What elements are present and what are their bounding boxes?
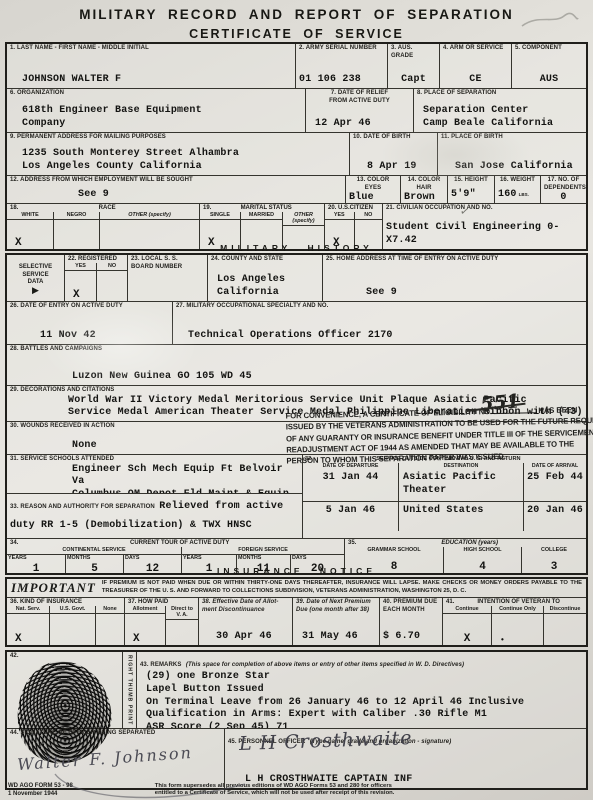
direct-va-mark [166,620,198,645]
continental-service-label: CONTINENTAL SERVICE [7,547,181,555]
row-signatures: 44. SIGNATURE OF OFFICER BEING SEPARATED… [7,728,586,788]
field-5-component: 5. COMPONENT AUS [511,44,586,88]
field-40-premium-due: 40. PREMIUM DUE EACH MONTH $ 6.70 [379,598,442,645]
row-thumbprint-remarks: 42. RIGHT THUMB PRINT 43. REMARKS (This … [7,652,586,728]
field-7-value: 12 Apr 46 [315,118,410,131]
field-3-value: Capt [391,74,436,87]
field-19-number: 19. [203,205,211,211]
field-6-organization: 6. ORGANIZATION 618th Engineer Base Equi… [7,89,305,132]
thumb-label-strip: RIGHT THUMB PRINT [122,652,136,728]
field-5-label: 5. COMPONENT [515,45,583,53]
overseas-1-arrival: 25 Feb 44 [523,469,586,501]
field-16-weight: 16. WEIGHT 160 LBS. [494,176,540,203]
intention-continue: Continue X [443,606,491,645]
important-notice-row: IMPORTANT IF PREMIUM IS NOT PAID WHEN DU… [7,579,586,598]
field-33-separation-reason: 33. REASON AND AUTHORITY FOR SEPARATION … [7,493,302,538]
field-28-label: 28. BATTLES AND CAMPAIGNS [10,346,583,354]
field-19-header: 19. MARITAL STATUS [200,204,324,212]
field-38-allotment-date: 38. Effective Date of Allot- ment Discon… [198,598,292,645]
intention-continue-only: Continue Only • [491,606,543,645]
handwritten-certificate-number: 551 [480,396,520,411]
field-13-label: 13. COLOR EYES [349,177,397,192]
insurance-table: IMPORTANT IF PREMIUM IS NOT PAID WHEN DU… [5,577,588,647]
field-37-columns: Allotment X Direct to V. A. [125,606,198,645]
continental-months-label: MONTHS [66,555,123,562]
field-43-label: 43. REMARKS [140,662,181,668]
field-45-personnel-officer: 45. PERSONNEL OFFICER (Type name, grade … [224,729,586,788]
row-entry-specialty: 26. DATE OF ENTRY ON ACTIVE DUTY 11 Nov … [7,301,586,344]
field-5-value: AUS [515,74,583,87]
important-label: IMPORTANT [11,580,96,596]
field-43-header: 43. REMARKS (This space for completion o… [140,653,583,671]
field-20-label: 20. U.S.CITIZEN [328,205,373,211]
overseas-row-2: 5 Jan 46 United States 20 Jan 46 [303,501,586,531]
registered-no-label: NO [97,263,127,271]
citizen-yes-label: YES [325,212,354,220]
field-28-value: Luzon New Guinea GO 105 WD 45 [72,371,583,384]
registered-yes-label: YES [65,263,96,271]
field-11-place-of-birth: 11. PLACE OF BIRTH San Jose California [437,133,586,175]
field-40-label: 40. PREMIUM DUE EACH MONTH [383,599,439,614]
row-address-birth: 9. PERMANENT ADDRESS FOR MAILING PURPOSE… [7,132,586,175]
field-23-label: 23. LOCAL S. S. BOARD NUMBER [131,256,204,271]
foreign-months-label: MONTHS [237,555,290,562]
left-stack: 31. SERVICE SCHOOLS ATTENDED Engineer Sc… [7,455,302,538]
field-10-value: 8 Apr 19 [367,161,434,174]
field-11-value: San Jose California [455,161,583,174]
field-41-veteran-intention: 41. INTENTION OF VETERAN TO Continue X C… [442,598,586,645]
field-32-overseas-service: 32. SERVICE OUTSIDE CONTINENTAL U. S. AN… [302,455,586,538]
none-mark [96,614,124,645]
continue-mark: X [443,614,491,645]
form-footer: WD AGO FORM 53 - 98 1 November 1944 This… [8,783,585,799]
marital-single-label: SINGLE [200,212,240,220]
discontinue-mark [544,614,586,645]
document-subtitle: CERTIFICATE OF SERVICE [0,27,593,41]
field-35-number: 35. [348,540,356,546]
field-27-label: 27. MILITARY OCCUPATIONAL SPECIALTY AND … [176,303,583,311]
nat-serv-label: Nat. Serv. [7,606,49,614]
field-39-next-premium: 39. Date of Next Premium Due (one month … [292,598,379,645]
field-8-label: 8. PLACE OF SEPARATION [417,90,583,98]
registered-option-no: NO [96,263,127,301]
arrow-right-icon: ▶ [32,288,39,292]
discontinue-label: Discontinue [544,606,586,614]
direct-va-label: Direct to V. A. [166,606,198,620]
continue-only-mark: • [492,614,543,645]
field-2-value: 01 106 238 [299,74,384,87]
field-9-mailing-address: 9. PERMANENT ADDRESS FOR MAILING PURPOSE… [7,133,349,175]
field-42-thumbprint-box: 42. [7,652,122,728]
field-20-header: 20. U.S.CITIZEN [325,204,382,212]
eligibility-certificate-stamp: FOR CONVENIENCE, A CERTIFICATE OF ELIGIB… [285,404,593,467]
field-27-value: Technical Operations Officer 2170 [188,330,583,343]
high-school-label: HIGH SCHOOL [444,547,521,554]
allotment-mark: X [125,614,165,645]
field-22-label: 22. REGISTERED [68,256,117,262]
row-name-serial: 1. LAST NAME - FIRST NAME - MIDDLE INITI… [7,44,586,88]
field-18-title: RACE [18,205,196,211]
field-4-label: 4. ARM OR SERVICE [443,45,508,53]
continental-years-label: YEARS [7,555,65,562]
marital-married-label: MARRIED [241,212,282,220]
field-24-value: Los Angeles California [217,274,319,300]
nat-serv-mark: X [7,614,49,645]
insurance-nat-serv: Nat. Serv. X [7,606,49,645]
insurance-notice-banner: INSURANCE NOTICE [0,566,593,576]
row-physical: 12. ADDRESS FROM WHICH EMPLOYMENT WILL B… [7,175,586,203]
field-22-registered: 22. REGISTERED YES X NO [64,255,127,301]
field-43-remarks: 43. REMARKS (This space for completion o… [136,652,586,728]
overseas-row-1: 31 Jan 44 Asiatic Pacific Theater 25 Feb… [303,469,586,501]
field-43-value: (29) one Bronze Star Lapel Button Issued… [146,671,583,728]
field-35-title: EDUCATION (years) [356,540,583,546]
grammar-school-label: GRAMMAR SCHOOL [345,547,443,554]
field-6-value: 618th Engineer Base Equipment Company [22,105,302,131]
field-7-relief-date: 7. DATE OF RELIEF FROM ACTIVE DUTY 12 Ap… [305,89,413,132]
row-selective-service: SELECTIVE SERVICE DATA ▶ 22. REGISTERED … [7,255,586,301]
field-15-value: 5'9" [451,189,491,202]
field-4-arm-service: 4. ARM OR SERVICE CE [439,44,511,88]
field-41-columns: Continue X Continue Only • Discontinue [443,606,586,645]
overseas-2-destination: United States [398,502,523,531]
field-17-value: 0 [544,192,583,203]
field-14-label: 14. COLOR HAIR [404,177,444,192]
marital-other-label: OTHER (specify) [283,212,324,226]
field-25-value: See 9 [366,287,583,300]
field-4-value: CE [443,74,508,87]
field-15-label: 15. HEIGHT [451,177,491,185]
row-battles: 28. BATTLES AND CAMPAIGNS Luzon New Guin… [7,344,586,385]
field-16-value-row: 160 LBS. [498,189,537,202]
form-footnote: This form supersedes all previous editio… [155,783,407,799]
foreign-days-label: DAYS [291,555,344,562]
overseas-1-departure: 31 Jan 44 [303,469,398,501]
field-1-value: JOHNSON WALTER F [22,74,292,87]
field-34-number: 34. [10,540,18,546]
field-44-label: 44. SIGNATURE OF OFFICER BEING SEPARATED [10,730,221,738]
field-26-value: 11 Nov 42 [40,330,169,343]
field-24-county-state: 24. COUNTY AND STATE Los Angeles Califor… [207,255,322,301]
foreign-service-label: FOREIGN SERVICE [182,547,344,555]
field-39-label: 39. Date of Next Premium Due (one month … [296,599,376,614]
foreign-years-label: YEARS [182,555,236,562]
field-35-header: 35. EDUCATION (years) [345,539,586,547]
overseas-2-departure: 5 Jan 46 [303,502,398,531]
field-27-specialty: 27. MILITARY OCCUPATIONAL SPECIALTY AND … [172,302,586,344]
field-26-entry-date: 26. DATE OF ENTRY ON ACTIVE DUTY 11 Nov … [7,302,172,344]
stamp-line1-end: HAS BEEN [538,405,577,415]
paid-allotment: Allotment X [125,606,165,645]
field-1-name: 1. LAST NAME - FIRST NAME - MIDDLE INITI… [7,44,295,88]
field-39-value: 31 May 46 [302,631,376,644]
field-40-value: $ 6.70 [383,631,439,644]
field-3-label: 3. AUS. GRADE [391,45,436,60]
overseas-1-destination: Asiatic Pacific Theater [398,469,523,501]
field-44-officer-signature: 44. SIGNATURE OF OFFICER BEING SEPARATED… [7,729,224,788]
field-2-label: 2. ARMY SERIAL NUMBER [299,45,384,53]
field-41-header: 41. INTENTION OF VETERAN TO [443,598,586,606]
field-23-local-board: 23. LOCAL S. S. BOARD NUMBER [127,255,207,301]
right-thumb-print-label: RIGHT THUMB PRINT [127,655,133,725]
field-36-kind-of-insurance: 36. KIND OF INSURANCE Nat. Serv. X U.S. … [7,598,124,645]
field-8-value: Separation Center Camp Beale California [423,105,583,131]
field-13-eye-color: 13. COLOR EYES Blue [345,176,400,203]
field-43-label-note: (This space for completion of above item… [186,662,464,668]
field-17-label: 17. NO. OF DEPENDENTS [544,177,583,192]
field-31-service-schools: 31. SERVICE SCHOOLS ATTENDED Engineer Sc… [7,455,302,493]
field-3-grade: 3. AUS. GRADE Capt [387,44,439,88]
field-37-label: 37. HOW PAID [128,599,168,605]
row-insurance-fields: 36. KIND OF INSURANCE Nat. Serv. X U.S. … [7,598,586,645]
field-9-value: 1235 South Monterey Street Alhambra Los … [22,148,346,174]
continue-label: Continue [443,606,491,614]
field-41-title: INTENTION OF VETERAN TO [454,599,583,605]
field-8-place-separation: 8. PLACE OF SEPARATION Separation Center… [413,89,586,132]
field-24-label: 24. COUNTY AND STATE [211,256,319,264]
allotment-label: Allotment [125,606,165,614]
citizen-no-label: NO [355,212,383,220]
field-36-header: 36. KIND OF INSURANCE [7,598,124,606]
field-14-hair-color: 14. COLOR HAIR Brown [400,176,447,203]
race-other-label: OTHER (specify) [100,212,199,220]
identification-table: 1. LAST NAME - FIRST NAME - MIDDLE INITI… [5,42,588,251]
field-16-label: 16. WEIGHT [498,177,537,185]
field-17-dependents: 17. NO. OF DEPENDENTS 0 [540,176,586,203]
field-12-employment-address: 12. ADDRESS FROM WHICH EMPLOYMENT WILL B… [7,176,345,203]
intention-discontinue: Discontinue [543,606,586,645]
field-34-header: 34. CURRENT TOUR OF ACTIVE DUTY [7,539,344,547]
field-37-how-paid: 37. HOW PAID Allotment X Direct to V. A. [124,598,198,645]
field-21-label: 21. CIVILIAN OCCUPATION AND NO. [386,205,583,213]
insurance-us-govt: U.S. Govt. [49,606,95,645]
field-10-label: 10. DATE OF BIRTH [353,134,434,142]
field-12-value: See 9 [78,189,342,202]
field-25-home-address: 25. HOME ADDRESS AT TIME OF ENTRY ON ACT… [322,255,586,301]
college-label: COLLEGE [522,547,586,554]
registered-yes-mark: X [65,271,96,301]
field-41-number: 41. [446,599,454,605]
field-12-label: 12. ADDRESS FROM WHICH EMPLOYMENT WILL B… [10,177,342,185]
us-govt-label: U.S. Govt. [50,606,95,614]
us-govt-mark [50,614,95,645]
none-label: None [96,606,124,614]
field-31-value: Engineer Sch Mech Equip Ft Belvoir Va Co… [72,464,299,494]
field-28-battles-campaigns: 28. BATTLES AND CAMPAIGNS Luzon New Guin… [7,345,586,385]
separation-certificate-document: MILITARY RECORD AND REPORT OF SEPARATION… [0,0,593,800]
field-33-label: 33. REASON AND AUTHORITY FOR SEPARATION [10,504,155,510]
field-15-height: 15. HEIGHT 5'9" [447,176,494,203]
field-16-value: 160 [498,189,517,202]
personnel-officer-signature-handwriting: L H Crosthwaite [239,729,413,755]
field-26-label: 26. DATE OF ENTRY ON ACTIVE DUTY [10,303,169,311]
remarks-signature-table: 42. RIGHT THUMB PRINT 43. REMARKS (This … [5,650,588,790]
field-9-label: 9. PERMANENT ADDRESS FOR MAILING PURPOSE… [10,134,346,142]
field-31-label: 31. SERVICE SCHOOLS ATTENDED [10,456,299,464]
race-white-label: WHITE [7,212,53,220]
race-negro-label: NEGRO [54,212,99,220]
field-18-number: 18. [10,205,18,211]
field-34-title: CURRENT TOUR OF ACTIVE DUTY [18,540,341,546]
registered-option-yes: YES X [65,263,96,301]
field-22-header: 22. REGISTERED [65,255,127,263]
military-history-banner: MILITARY HISTORY [0,243,593,253]
field-38-value: 30 Apr 46 [216,631,289,644]
registered-no-mark [97,271,127,301]
insurance-none: None [95,606,124,645]
field-36-columns: Nat. Serv. X U.S. Govt. None [7,606,124,645]
field-2-serial-number: 2. ARMY SERIAL NUMBER 01 106 238 [295,44,387,88]
overseas-2-arrival: 20 Jan 46 [523,502,586,531]
continue-only-label: Continue Only [492,606,543,614]
field-38-label: 38. Effective Date of Allot- ment Discon… [202,599,289,614]
field-6-label: 6. ORGANIZATION [10,90,302,98]
continental-days-label: DAYS [124,555,181,562]
officer-signature-handwriting: Walter F. Johnson [17,743,194,774]
field-14-value: Brown [404,192,444,203]
field-42-label: 42. [10,653,119,661]
field-13-value: Blue [349,192,397,203]
important-text: IF PREMIUM IS NOT PAID WHEN DUE OR WITHI… [102,580,582,596]
field-10-date-of-birth: 10. DATE OF BIRTH 8 Apr 19 [349,133,437,175]
field-1-label: 1. LAST NAME - FIRST NAME - MIDDLE INITI… [10,45,292,53]
field-19-title: MARITAL STATUS [211,205,321,211]
field-7-label: 7. DATE OF RELIEF FROM ACTIVE DUTY [309,90,410,105]
paid-direct-va: Direct to V. A. [165,606,198,645]
document-title: MILITARY RECORD AND REPORT OF SEPARATION [0,7,593,22]
field-37-header: 37. HOW PAID [125,598,198,606]
selective-service-data-box: SELECTIVE SERVICE DATA ▶ [7,255,64,301]
selective-service-label: SELECTIVE SERVICE DATA [19,264,52,287]
field-36-label: 36. KIND OF INSURANCE [10,599,82,605]
row-organization: 6. ORGANIZATION 618th Engineer Base Equi… [7,88,586,132]
field-16-unit: LBS. [519,192,529,197]
field-25-label: 25. HOME ADDRESS AT TIME OF ENTRY ON ACT… [326,256,583,264]
field-11-label: 11. PLACE OF BIRTH [441,134,583,142]
field-22-columns: YES X NO [65,263,127,301]
form-number: WD AGO FORM 53 - 98 1 November 1944 [8,783,73,799]
field-18-header: 18. RACE [7,204,199,212]
